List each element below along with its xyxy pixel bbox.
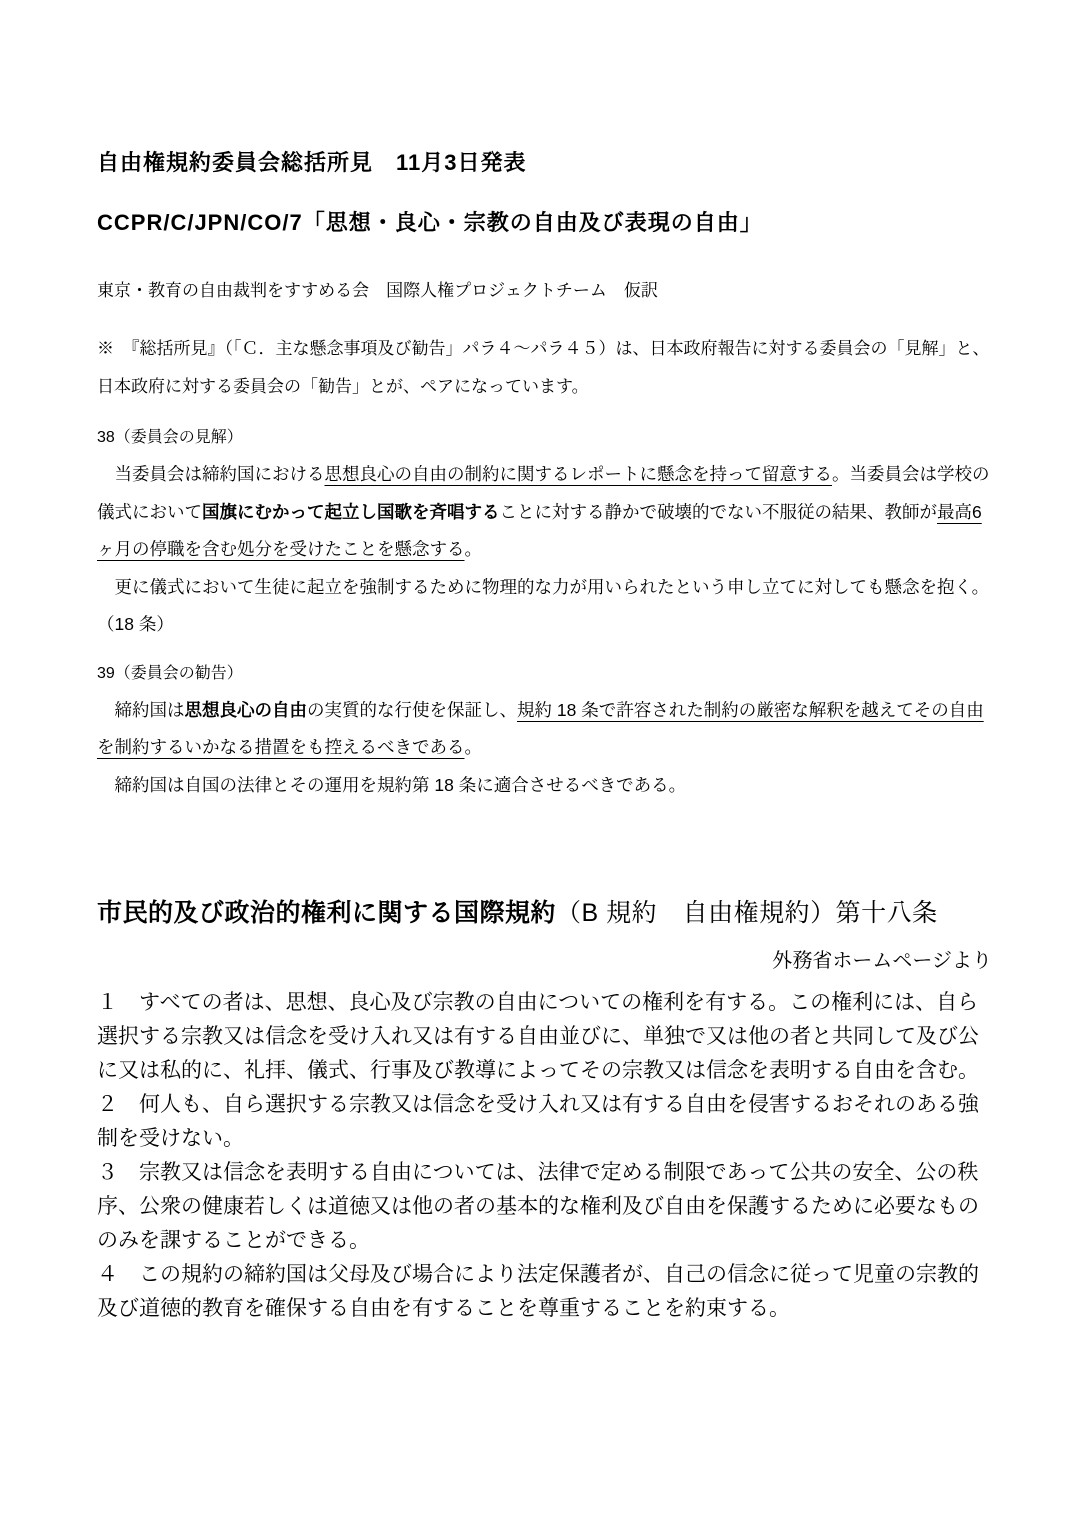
source-attribution: 外務省ホームページより [97,948,992,974]
covenant-clause-1: １ すべての者は、思想、良心及び宗教の自由についての権利を有する。この権利には、… [97,986,992,1088]
covenant-article-18-section: 市民的及び政治的権利に関する国際規約（B 規約 自由権規約）第十八条 外務省ホー… [97,896,992,1326]
section-39: 39（委員会の勧告） 締約国は思想良心の自由の実質的な行使を保証し、規約 18 … [97,664,992,805]
section-38-paragraph-1: 当委員会は締約国における思想良心の自由の制約に関するレポートに懸念を持って留意す… [97,456,992,569]
section-39-paragraph-1: 締約国は思想良心の自由の実質的な行使を保証し、規約 18 条で許容された制約の厳… [97,692,992,767]
section-38-heading: 38（委員会の見解） [97,428,992,448]
covenant-clause-3: ３ 宗教又は信念を表明する自由については、法律で定める制限であって公共の安全、公… [97,1156,992,1258]
document-title-line1: 自由権規約委員会総括所見 11月3日発表 [97,150,992,176]
section-38-paragraph-2: 更に儀式において生徒に起立を強制するために物理的な力が用いられたという申し立てに… [97,569,992,607]
section-39-heading: 39（委員会の勧告） [97,664,992,684]
covenant-clause-2: ２ 何人も、自ら選択する宗教又は信念を受け入れ又は有する自由を侵害するおそれのあ… [97,1088,992,1156]
section-39-paragraph-2: 締約国は自国の法律とその運用を規約第 18 条に適合させるべきである。 [97,767,992,805]
covenant-clause-4: ４ この規約の締約国は父母及び場合により法定保護者が、自己の信念に従って児童の宗… [97,1258,992,1326]
document-page: 自由権規約委員会総括所見 11月3日発表 CCPR/C/JPN/CO/7「思想・… [0,0,1085,1536]
document-title-line2: CCPR/C/JPN/CO/7「思想・良心・宗教の自由及び表現の自由」 [97,210,992,236]
translation-byline: 東京・教育の自由裁判をすすめる会 国際人権プロジェクトチーム 仮訳 [97,280,992,302]
document-header: 自由権規約委員会総括所見 11月3日発表 CCPR/C/JPN/CO/7「思想・… [97,150,992,406]
section-38: 38（委員会の見解） 当委員会は締約国における思想良心の自由の制約に関するレポー… [97,428,992,644]
article-18-reference: （18 条） [97,606,992,644]
explanatory-note: ※ 『総括所見』（「Ｃ．主な懸念事項及び勧告」パラ４～パラ４５）は、日本政府報告… [97,330,992,406]
covenant-heading: 市民的及び政治的権利に関する国際規約（B 規約 自由権規約）第十八条 [97,896,992,930]
